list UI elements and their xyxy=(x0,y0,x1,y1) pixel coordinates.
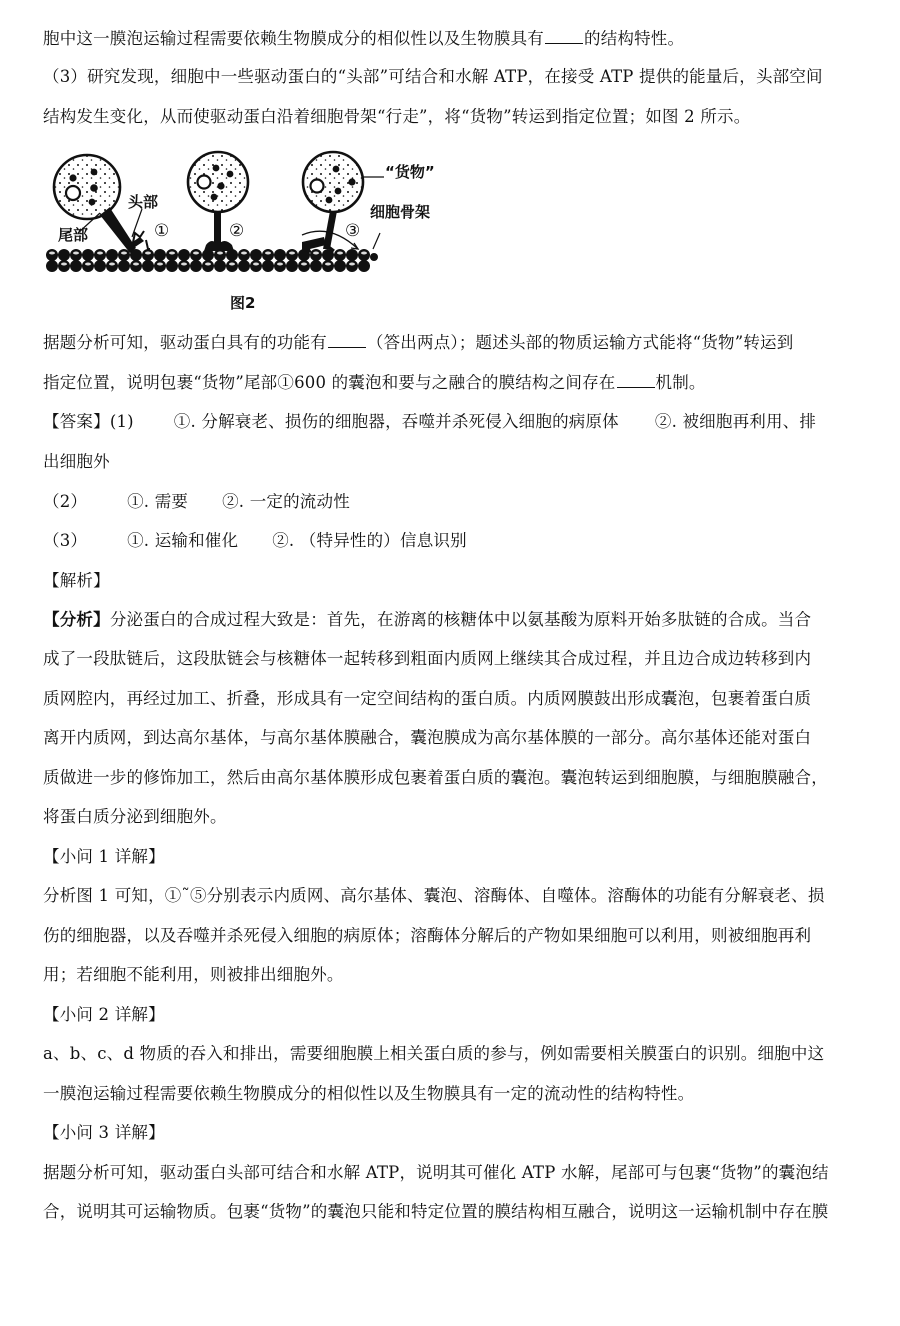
text-segment: 指定位置，说明包裹“货物”尾部①600 的囊泡和要与之融合的膜结构之间存在 xyxy=(43,373,616,392)
text-segment: 分泌蛋白的合成过程大致是：首先，在游离的核糖体中以氨基酸为原料开始多肽链的合成。… xyxy=(110,610,811,629)
answer-line-1: 【答案】(1)①. 分解衰老、损伤的细胞器，吞噬并杀死侵入细胞的病原体②. 被细… xyxy=(43,411,870,433)
tail-label: 尾部 xyxy=(58,224,88,245)
text-segment: 据题分析可知，驱动蛋白具有的功能有 xyxy=(43,333,327,352)
text-segment: 的结构特性。 xyxy=(584,29,684,48)
text-segment: （答出两点）；题述头部的物质运输方式能将“货物”转运到 xyxy=(367,333,794,352)
cargo-label: “货物” xyxy=(385,161,435,182)
answer-line-3: （3）①. 运输和催化②. （特异性的）信息识别 xyxy=(43,530,870,552)
q3-text-line-2: 结构发生变化，从而使驱动蛋白沿着细胞骨架“行走”，将“货物”转运到指定位置；如图… xyxy=(43,106,870,128)
sub2-line-2: 一膜泡运输过程需要依赖生物膜成分的相似性以及生物膜具有一定的流动性的结构特性。 xyxy=(43,1083,870,1105)
analysis-fenxi-line-4: 离开内质网，到达高尔基体，与高尔基体膜融合，囊泡膜成为高尔基体膜的一部分。高尔基… xyxy=(43,727,870,749)
sub3-line-2: 合，说明其可运输物质。包裹“货物”的囊泡只能和特定位置的膜结构相互融合，说明这一… xyxy=(43,1201,870,1223)
answer-blank xyxy=(545,27,583,44)
figure-2-kinesin-diagram: 头部 尾部 ① ② ③ “货物” 细胞骨架 图2 xyxy=(40,145,460,320)
sub3-line-1: 据题分析可知，驱动蛋白头部可结合和水解 ATP，说明其可催化 ATP 水解，尾部… xyxy=(43,1162,870,1184)
answer-line-2: （2）①. 需要②. 一定的流动性 xyxy=(43,491,870,513)
sub1-line-2: 伤的细胞器，以及吞噬并杀死侵入细胞的病原体；溶酶体分解后的产物如果细胞可以利用，… xyxy=(43,925,870,947)
sub1-line-3: 用；若细胞不能利用，则被排出细胞外。 xyxy=(43,964,870,986)
answer-part-2-item-2: ②. 一定的流动性 xyxy=(222,492,350,511)
answer-blank xyxy=(328,331,366,348)
sub-question-2-heading: 【小问 2 详解】 xyxy=(43,1004,870,1026)
sub-question-3-heading: 【小问 3 详解】 xyxy=(43,1122,870,1144)
question-continuation-line: 胞中这一膜泡运输过程需要依赖生物膜成分的相似性以及生物膜具有的结构特性。 xyxy=(43,27,870,50)
analysis-fenxi-line-6: 将蛋白质分泌到细胞外。 xyxy=(43,806,870,828)
q3-text-line-3: 据题分析可知，驱动蛋白具有的功能有（答出两点）；题述头部的物质运输方式能将“货物… xyxy=(43,331,870,354)
answer-part-2-number: （2） xyxy=(43,492,87,511)
answer-part-1-item-2: ②. 被细胞再利用、排 xyxy=(655,412,816,431)
sub-question-1-heading: 【小问 1 详解】 xyxy=(43,846,870,868)
sub1-line-1: 分析图 1 可知，①˜⑤分别表示内质网、高尔基体、囊泡、溶酶体、自噬体。溶酶体的… xyxy=(43,885,870,907)
q3-text-line-1: （3）研究发现，细胞中一些驱动蛋白的“头部”可结合和水解 ATP，在接受 ATP… xyxy=(43,66,870,88)
step-2-marker: ② xyxy=(229,221,244,241)
answer-part-1-number: (1) xyxy=(110,412,134,431)
analysis-fenxi-line-1: 【分析】分泌蛋白的合成过程大致是：首先，在游离的核糖体中以氨基酸为原料开始多肽链… xyxy=(43,609,870,631)
analysis-fenxi-line-2: 成了一段肽链后，这段肽链会与核糖体一起转移到粗面内质网上继续其合成过程，并且边合… xyxy=(43,648,870,670)
analysis-fenxi-line-5: 质做进一步的修饰加工，然后由高尔基体膜形成包裹着蛋白质的囊泡。囊泡转运到细胞膜，… xyxy=(43,767,870,789)
answer-part-3-item-1: ①. 运输和催化 xyxy=(127,531,238,550)
answer-part-3-number: （3） xyxy=(43,531,87,550)
fenxi-label: 【分析】 xyxy=(43,610,110,629)
analysis-heading: 【解析】 xyxy=(43,570,870,592)
answer-label: 【答案】 xyxy=(43,412,110,431)
q3-text-line-4: 指定位置，说明包裹“货物”尾部①600 的囊泡和要与之融合的膜结构之间存在机制。 xyxy=(43,371,870,394)
answer-part-2-item-1: ①. 需要 xyxy=(127,492,188,511)
figure-caption: 图2 xyxy=(230,292,255,313)
cytoskeleton-label: 细胞骨架 xyxy=(370,201,430,222)
answer-blank xyxy=(617,371,655,388)
answer-part-3-item-2: ②. （特异性的）信息识别 xyxy=(272,531,467,550)
analysis-fenxi-line-3: 质网腔内，再经过加工、折叠，形成具有一定空间结构的蛋白质。内质网膜鼓出形成囊泡，… xyxy=(43,688,870,710)
answer-line-1-cont: 出细胞外 xyxy=(43,451,870,473)
answer-part-1-item-1: ①. 分解衰老、损伤的细胞器，吞噬并杀死侵入细胞的病原体 xyxy=(174,412,619,431)
text-segment: 胞中这一膜泡运输过程需要依赖生物膜成分的相似性以及生物膜具有 xyxy=(43,29,544,48)
step-1-marker: ① xyxy=(154,221,169,241)
head-label: 头部 xyxy=(128,191,158,212)
step-3-marker: ③ xyxy=(345,221,360,241)
text-segment: 机制。 xyxy=(656,373,706,392)
sub2-line-1: a、b、c、d 物质的吞入和排出，需要细胞膜上相关蛋白质的参与，例如需要相关膜蛋… xyxy=(43,1043,870,1065)
cytoskeleton-filament xyxy=(46,249,378,272)
